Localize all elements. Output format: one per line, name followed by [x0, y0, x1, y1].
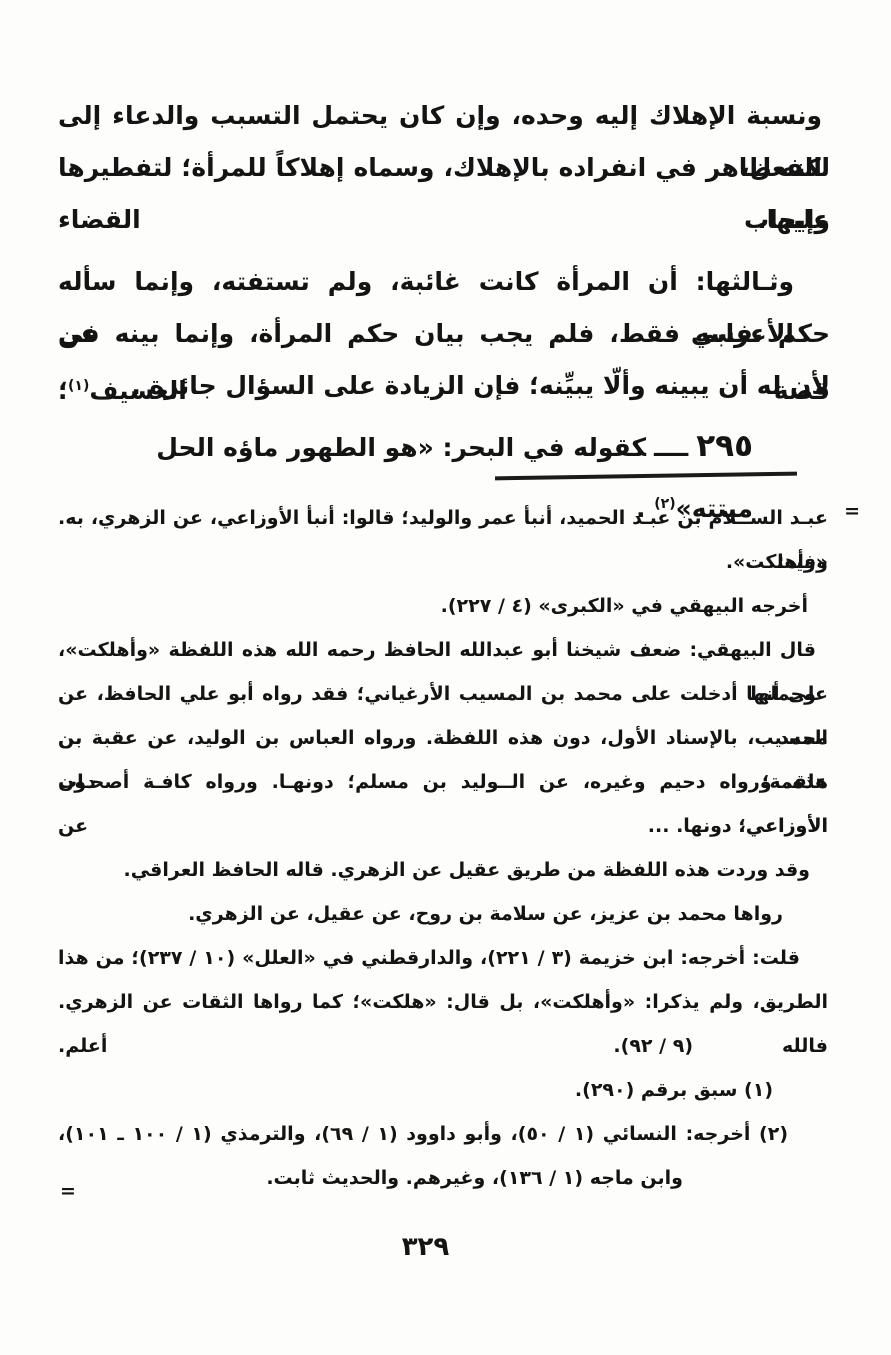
hadith-entry-number: ٢٩٥: [696, 428, 753, 464]
footnote-line: (٢) أخرجه: النسائي (١ / ٥٠)، وأبو داوود …: [58, 1112, 828, 1156]
footnote-line: رواها محمد بن عزيز، عن سلامة بن روح، عن …: [58, 892, 828, 936]
footnote-line: قال البيهقي: ضعف شيخنا أبو عبدالله الحاف…: [58, 628, 828, 672]
body-line: لكنه ظاهر في انفراده بالإهلاك، وسماه إهل…: [58, 142, 830, 194]
body-line-text: ؛: [58, 376, 68, 405]
body-line: لأن له أن يبينه وألّا يبيِّنه؛ فإن الزيا…: [58, 360, 830, 412]
footnote-line: «وأهلكت».: [58, 540, 828, 584]
footnote-line: وقد وردت هذه اللفظة من طريق عقيل عن الزه…: [58, 848, 828, 892]
footnote-line: على أنها أدخلت على محمد بن المسيب الأرغي…: [58, 672, 828, 716]
main-text-block: ونسبة الإهلاك إليه وحده، وإن كان يحتمل ا…: [58, 90, 830, 474]
body-line: وثـالثها: أن المرأة كانت غائبة، ولم تستف…: [58, 256, 830, 308]
footnote-ref-1: (١): [68, 378, 89, 394]
entry-dash: ــــ: [646, 433, 696, 462]
continuation-mark-top: =: [844, 500, 860, 522]
footnote-line: أخرجه البيهقي في «الكبرى» (٤ / ٢٢٧).: [58, 584, 828, 628]
paragraph-gap: [58, 246, 830, 256]
body-line: حكم نفسه فقط، فلم يجب بيان حكم المرأة، و…: [58, 308, 830, 360]
book-page: ونسبة الإهلاك إليه وحده، وإن كان يحتمل ا…: [0, 0, 891, 1355]
footnote-line: قلت: أخرجه: ابن خزيمة (٣ / ٢٢١)، والدارق…: [58, 936, 828, 980]
footnote-line: (١) سبق برقم (٢٩٠).: [58, 1068, 828, 1112]
footnotes-block: عبـد الســلام بن عبـد الحميد، أنبأ عمر و…: [58, 496, 828, 1200]
footnote-line: عبـد الســلام بن عبـد الحميد، أنبأ عمر و…: [58, 496, 828, 540]
footnote-line: الطريق، ولم يذكرا: «وأهلكت»، بل قال: «هل…: [58, 980, 828, 1024]
page-number: ٣٢٩: [0, 1232, 851, 1262]
footnote-line: المسيب، بالإسناد الأول، دون هذه اللفظة. …: [58, 716, 828, 760]
body-line: ونسبة الإهلاك إليه وحده، وإن كان يحتمل ا…: [58, 90, 830, 142]
footnote-line: هذه. ورواه دحيم وغيره، عن الــوليد بن مس…: [58, 760, 828, 804]
paragraph-lead-word: وثـالثها:: [696, 267, 794, 296]
footnote-line: وابن ماجه (١ / ١٣٦)، وغيرهم. والحديث ثاب…: [58, 1156, 828, 1200]
hadith-entry-line: ٢٩٥ــــكقوله في البحر: «هو الطهور ماؤه ا…: [58, 418, 830, 474]
